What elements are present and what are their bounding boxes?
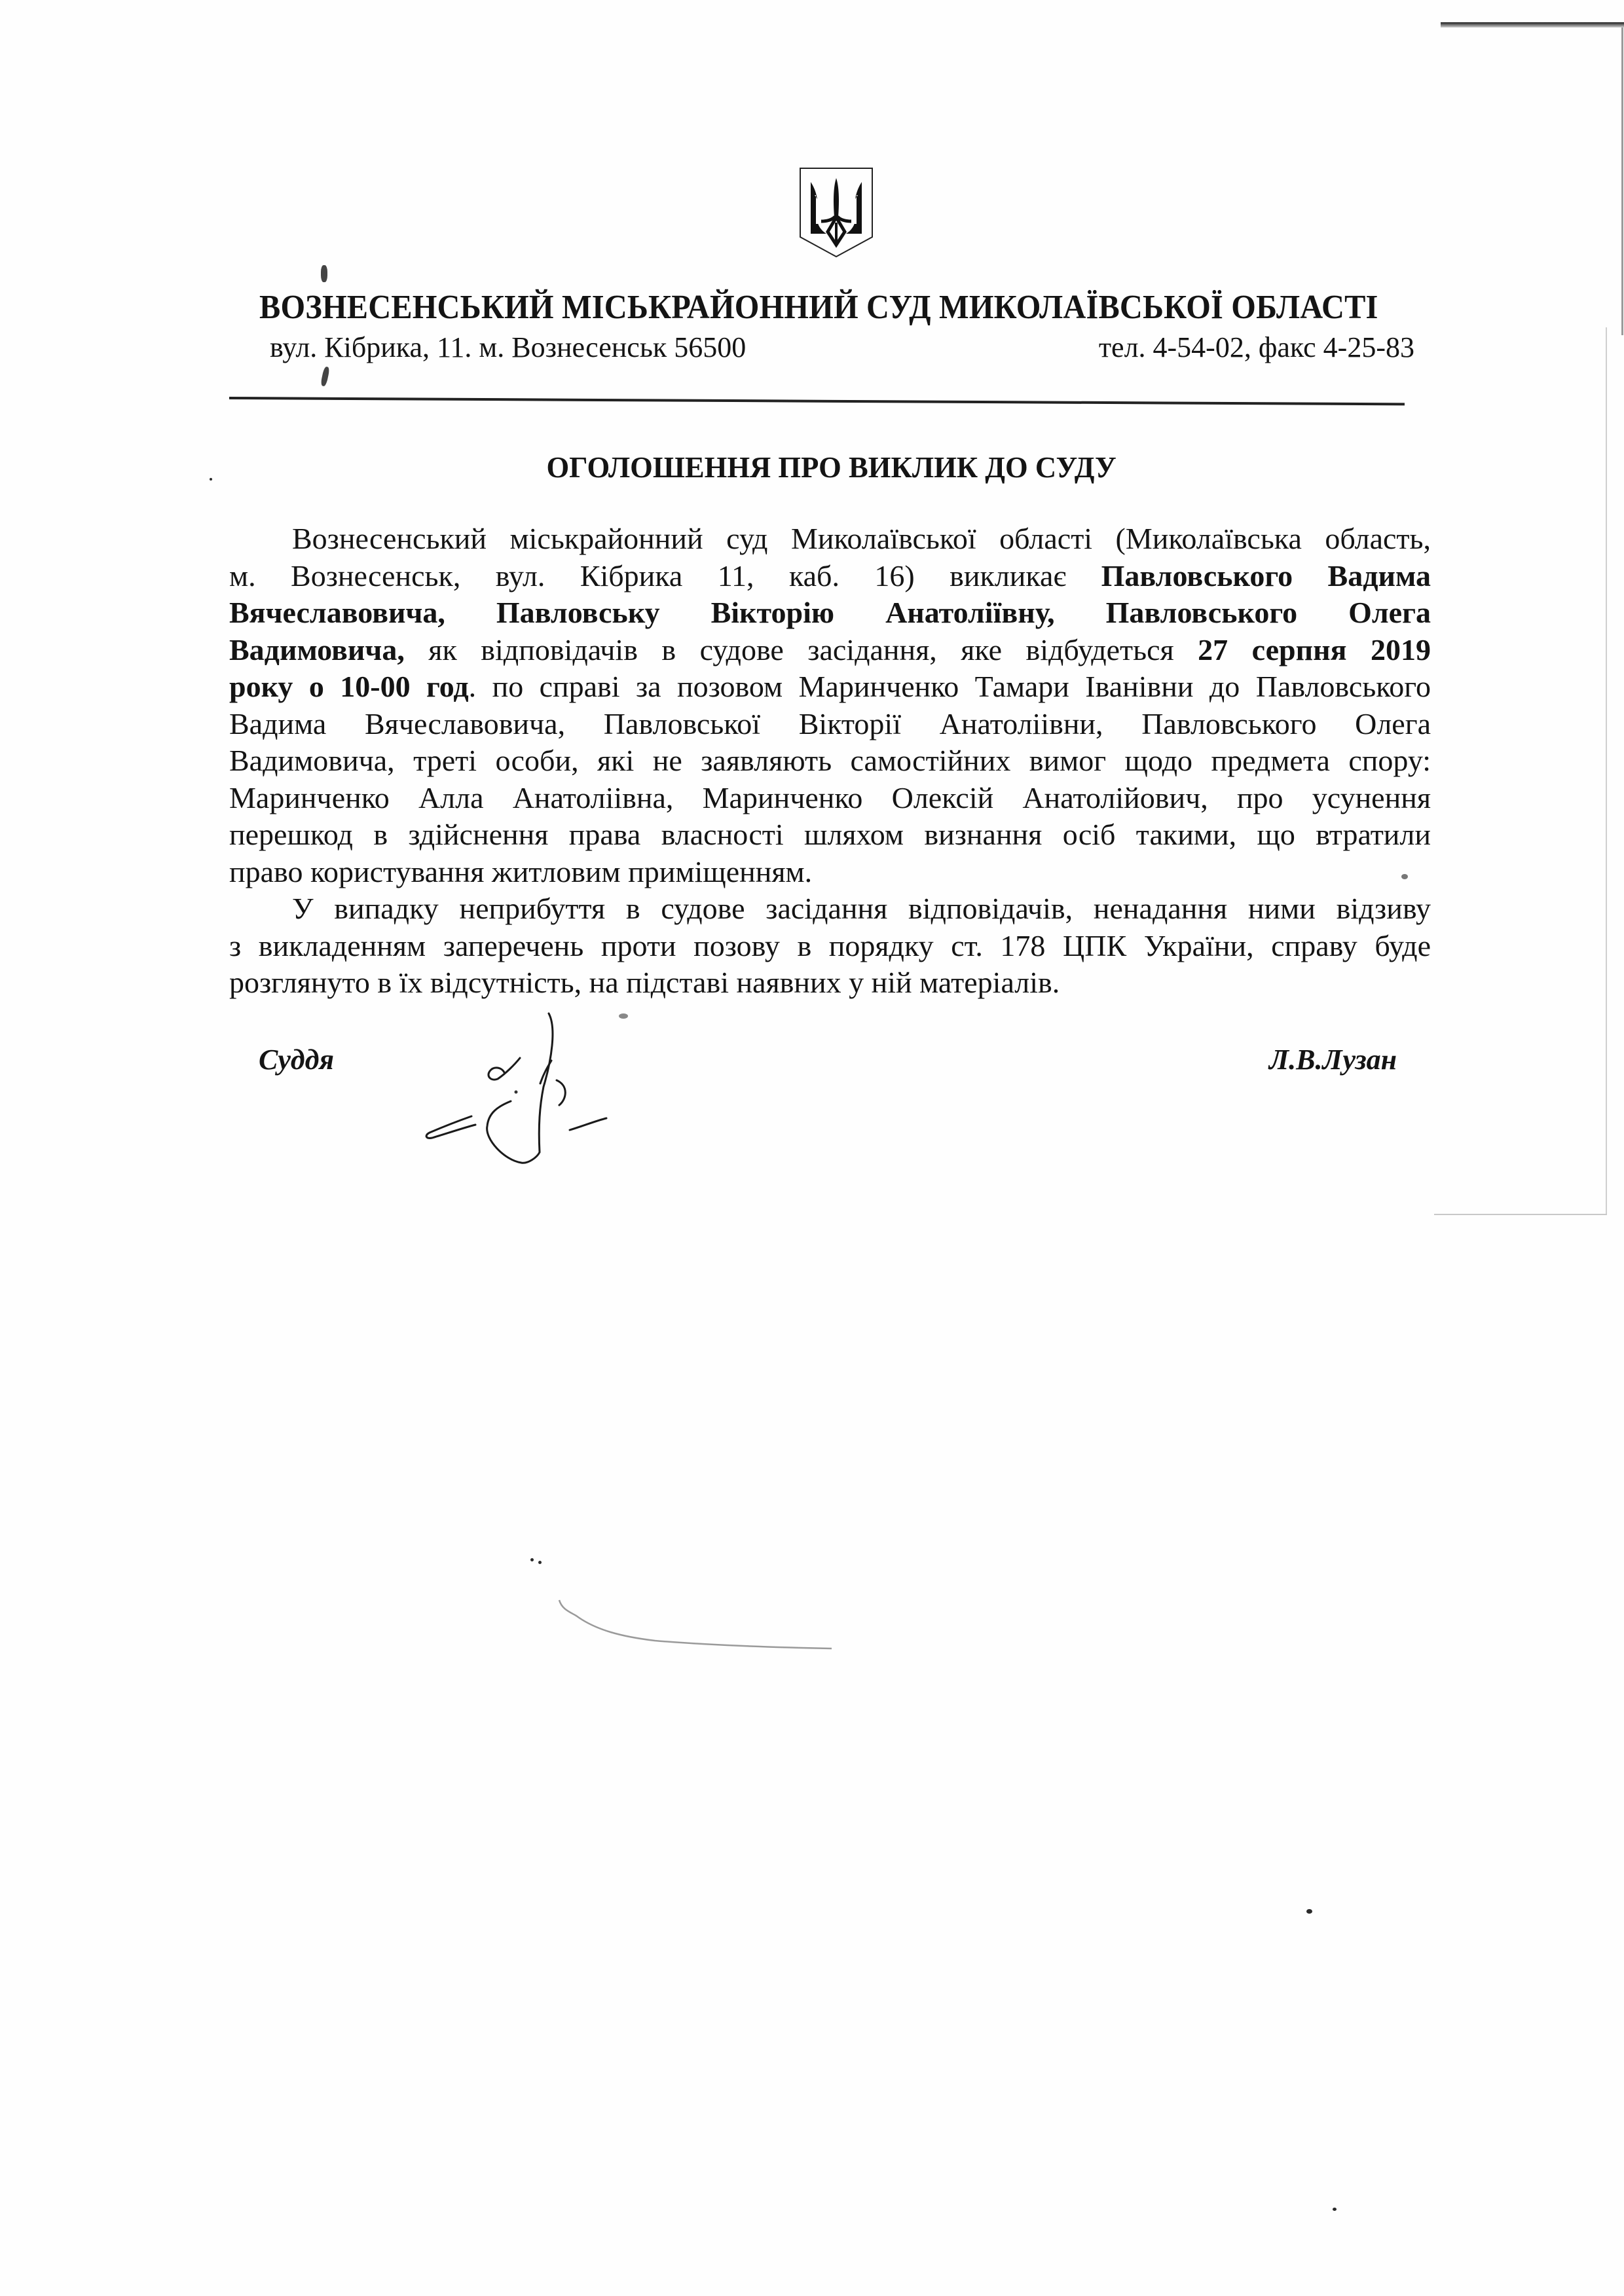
bold-text-segment: Павловського Вадима [1101,559,1431,592]
body-line: Вадимовича, як відповідачів в судове зас… [229,632,1431,669]
paper-edge-horizontal [1434,1214,1607,1215]
body-line: Вячеславовича, Павловську Вікторію Анато… [229,594,1431,632]
body-line: Маринченко Алла Анатоліівна, Маринченко … [229,780,1431,817]
document-title: ОГОЛОШЕННЯ ПРО ВИКЛИК ДО СУДУ [0,449,1624,486]
text-segment: право користування житловим приміщенням. [229,855,812,888]
bold-text-segment: Вячеславовича, Павловську Вікторію Анато… [229,596,1431,629]
body-line: право користування житловим приміщенням. [229,854,1431,891]
body-line: Вознесенський міськрайонний суд Миколаїв… [229,520,1431,558]
bold-text-segment: року о 10-00 год [229,670,469,703]
text-segment: . по справі за позовом Маринченко Тамари… [469,670,1431,703]
court-contacts: тел. 4-54-02, факс 4-25-83 [1099,331,1414,365]
notice-body: Вознесенський міськрайонний суд Миколаїв… [229,520,1431,1002]
text-segment: Вадима Вячеславовича, Павловської Віктор… [229,707,1431,740]
judge-role-label: Суддя [259,1044,334,1076]
body-line: Вадима Вячеславовича, Павловської Віктор… [229,706,1431,743]
scan-edge-right [1621,27,1623,335]
bold-text-segment: Вадимовича, [229,633,405,666]
text-segment: перешкод в здійснення права власності шл… [229,818,1431,851]
body-line: з викладенням заперечень проти позову в … [229,928,1431,965]
paper-fold-mark [557,1597,832,1656]
dust-speck [538,1561,542,1564]
text-segment: Маринченко Алла Анатоліівна, Маринченко … [229,781,1431,814]
margin-smudge-top [321,265,327,282]
body-line: Вадимовича, треті особи, які не заявляют… [229,742,1431,780]
body-line: м. Вознесенськ, вул. Кібрика 11, каб. 16… [229,558,1431,595]
court-address: вул. Кібрика, 11. м. Вознесенськ 56500 [270,331,746,365]
body-line: розглянуто в їх відсутність, на підставі… [229,964,1431,1002]
margin-smudge-bottom [320,366,330,386]
ukraine-coat-of-arms-icon [798,166,875,259]
text-segment: як відповідачів в судове засідання, яке … [405,633,1198,666]
header-divider [229,397,1405,405]
text-segment: розглянуто в їх відсутність, на підставі… [229,966,1060,999]
text-segment: м. Вознесенськ, вул. Кібрика 11, каб. 16… [229,559,1101,592]
judge-name: Л.В.Лузан [1269,1044,1397,1076]
dust-speck [1333,2208,1337,2211]
document-title-text: ОГОЛОШЕННЯ ПРО ВИКЛИК ДО СУДУ [547,449,1116,486]
scan-edge-top [1441,22,1624,27]
text-segment: Вознесенський міськрайонний суд Миколаїв… [292,522,1431,555]
body-line: перешкод в здійснення права власності шл… [229,816,1431,854]
handwritten-signature-icon [399,1008,648,1172]
body-line: У випадку неприбуття в судове засідання … [229,890,1431,928]
text-segment: Вадимовича, треті особи, які не заявляют… [229,744,1431,777]
paragraph-summons: Вознесенський міськрайонний суд Миколаїв… [229,520,1431,890]
scanned-page: ВОЗНЕСЕНСЬКИЙ МІСЬКРАЙОННИЙ СУД МИКОЛАЇВ… [0,0,1624,2296]
text-segment: У випадку неприбуття в судове засідання … [292,892,1431,925]
body-line: року о 10-00 год. по справі за позовом М… [229,668,1431,706]
dust-speck [530,1558,534,1561]
dust-speck [1306,1909,1312,1914]
bold-text-segment: 27 серпня 2019 [1198,633,1431,666]
court-name-heading: ВОЗНЕСЕНСЬКИЙ МІСЬКРАЙОННИЙ СУД МИКОЛАЇВ… [259,288,1325,327]
text-segment: з викладенням заперечень проти позову в … [229,929,1431,962]
paragraph-absence-consequences: У випадку неприбуття в судове засідання … [229,890,1431,1002]
